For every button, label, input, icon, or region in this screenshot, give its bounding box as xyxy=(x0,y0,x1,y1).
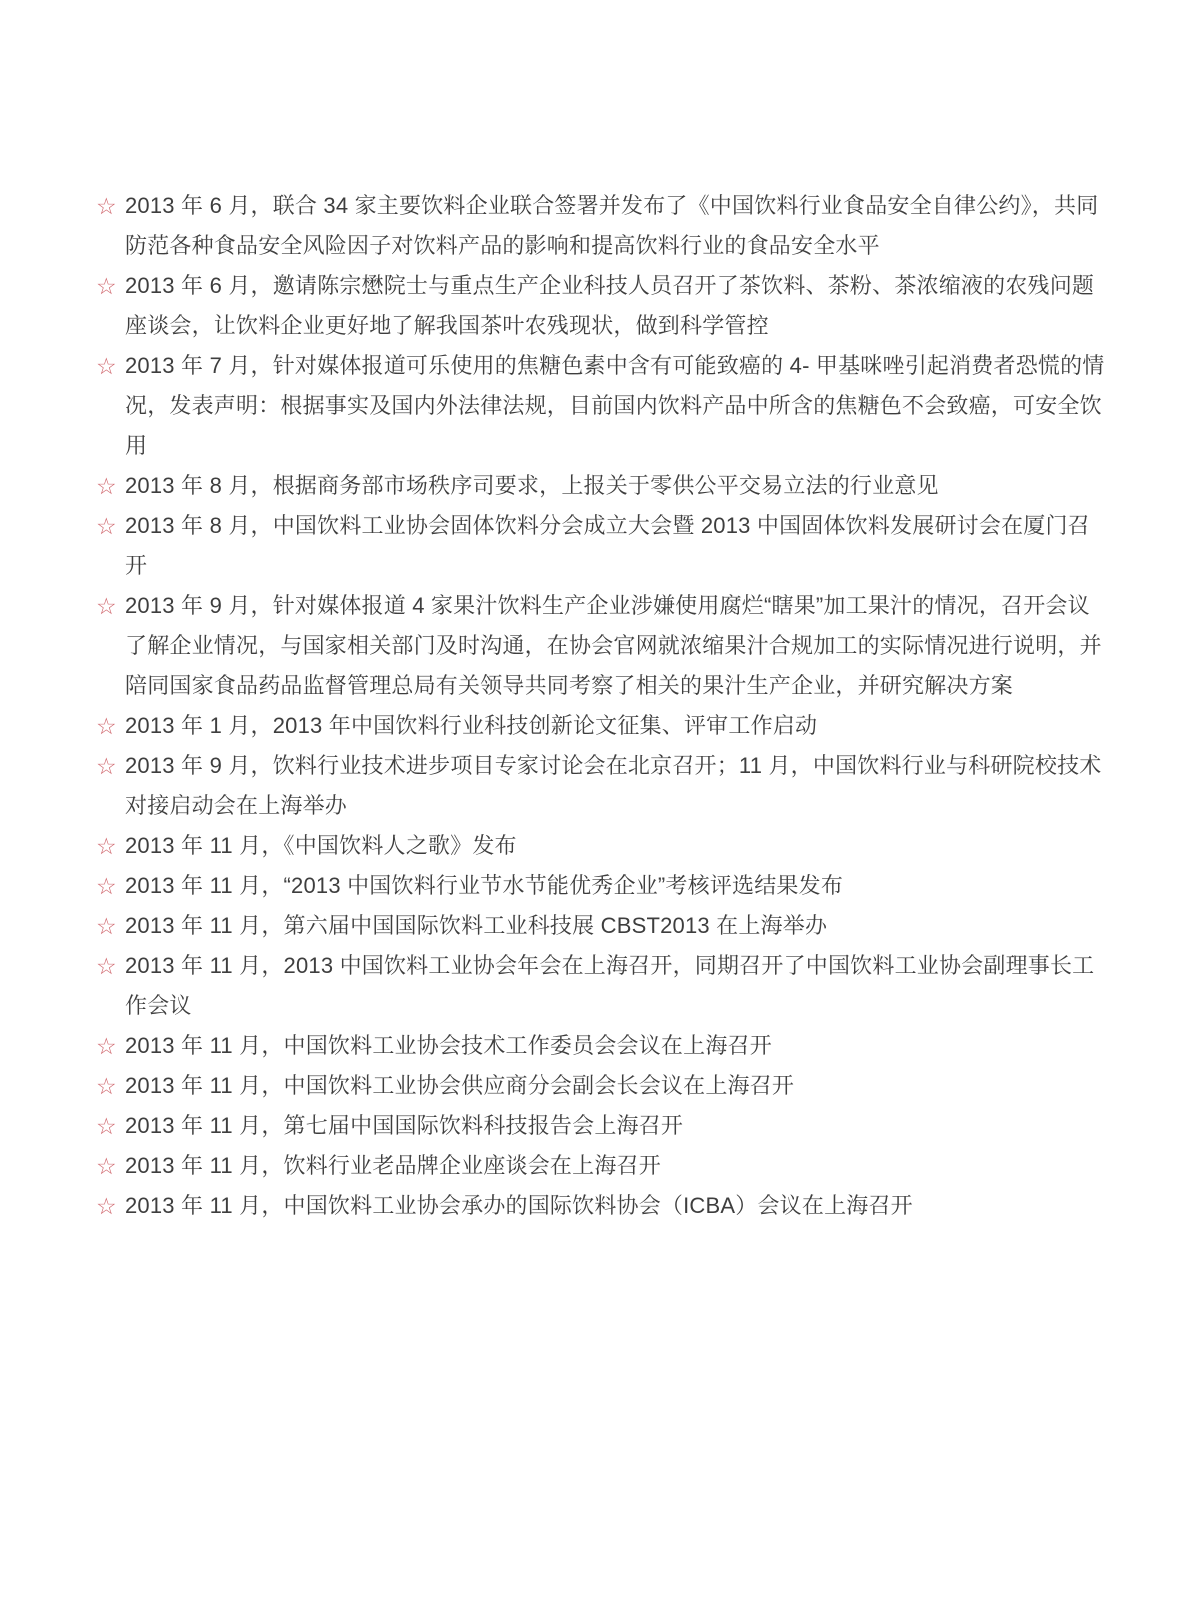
event-text: 2013 年 11 月，中国饮料工业协会承办的国际饮料协会（ICBA）会议在上海… xyxy=(125,1193,913,1218)
event-list-item: ☆ 2013 年 11 月，中国饮料工业协会技术工作委员会会议在上海召开 xyxy=(96,1026,1112,1066)
star-bullet-icon: ☆ xyxy=(96,506,120,546)
star-bullet-icon: ☆ xyxy=(96,1066,120,1106)
event-text: 2013 年 9 月，饮料行业技术进步项目专家讨论会在北京召开；11 月，中国饮… xyxy=(125,753,1101,818)
event-text: 2013 年 11 月，第七届中国国际饮料科技报告会上海召开 xyxy=(125,1113,683,1138)
star-bullet-icon: ☆ xyxy=(96,346,120,386)
event-list-item: ☆ 2013 年 11 月，第六届中国国际饮料工业科技展 CBST2013 在上… xyxy=(96,906,1112,946)
document-page: ☆ 2013 年 6 月，联合 34 家主要饮料企业联合签署并发布了《中国饮料行… xyxy=(0,0,1178,1600)
event-text: 2013 年 11 月，第六届中国国际饮料工业科技展 CBST2013 在上海举… xyxy=(125,913,827,938)
star-bullet-icon: ☆ xyxy=(96,466,120,506)
event-list-item: ☆ 2013 年 9 月，饮料行业技术进步项目专家讨论会在北京召开；11 月，中… xyxy=(96,746,1112,826)
event-list-item: ☆ 2013 年 1 月，2013 年中国饮料行业科技创新论文征集、评审工作启动 xyxy=(96,706,1112,746)
event-list-item: ☆ 2013 年 8 月，根据商务部市场秩序司要求，上报关于零供公平交易立法的行… xyxy=(96,466,1112,506)
event-list-item: ☆ 2013 年 11 月，第七届中国国际饮料科技报告会上海召开 xyxy=(96,1106,1112,1146)
star-bullet-icon: ☆ xyxy=(96,186,120,226)
star-bullet-icon: ☆ xyxy=(96,1106,120,1146)
event-list-item: ☆ 2013 年 6 月，邀请陈宗懋院士与重点生产企业科技人员召开了茶饮料、茶粉… xyxy=(96,266,1112,346)
event-list-item: ☆ 2013 年 11 月，《中国饮料人之歌》发布 xyxy=(96,826,1112,866)
event-text: 2013 年 11 月，“2013 中国饮料行业节水节能优秀企业”考核评选结果发… xyxy=(125,873,843,898)
star-bullet-icon: ☆ xyxy=(96,906,120,946)
event-list-item: ☆ 2013 年 11 月，饮料行业老品牌企业座谈会在上海召开 xyxy=(96,1146,1112,1186)
star-bullet-icon: ☆ xyxy=(96,1146,120,1186)
event-text: 2013 年 7 月，针对媒体报道可乐使用的焦糖色素中含有可能致癌的 4- 甲基… xyxy=(125,353,1105,458)
star-bullet-icon: ☆ xyxy=(96,266,120,306)
event-text: 2013 年 11 月，饮料行业老品牌企业座谈会在上海召开 xyxy=(125,1153,661,1178)
star-bullet-icon: ☆ xyxy=(96,866,120,906)
event-list-item: ☆ 2013 年 9 月，针对媒体报道 4 家果汁饮料生产企业涉嫌使用腐烂“瞎果… xyxy=(96,586,1112,706)
event-list-item: ☆ 2013 年 11 月，中国饮料工业协会供应商分会副会长会议在上海召开 xyxy=(96,1066,1112,1106)
star-bullet-icon: ☆ xyxy=(96,746,120,786)
star-bullet-icon: ☆ xyxy=(96,1186,120,1226)
star-bullet-icon: ☆ xyxy=(96,586,120,626)
event-list-item: ☆ 2013 年 11 月，中国饮料工业协会承办的国际饮料协会（ICBA）会议在… xyxy=(96,1186,1112,1226)
event-list-item: ☆ 2013 年 6 月，联合 34 家主要饮料企业联合签署并发布了《中国饮料行… xyxy=(96,186,1112,266)
event-text: 2013 年 1 月，2013 年中国饮料行业科技创新论文征集、评审工作启动 xyxy=(125,713,817,738)
event-text: 2013 年 6 月，联合 34 家主要饮料企业联合签署并发布了《中国饮料行业食… xyxy=(125,193,1098,258)
event-text: 2013 年 11 月，中国饮料工业协会供应商分会副会长会议在上海召开 xyxy=(125,1073,794,1098)
event-text: 2013 年 6 月，邀请陈宗懋院士与重点生产企业科技人员召开了茶饮料、茶粉、茶… xyxy=(125,273,1094,338)
event-list: ☆ 2013 年 6 月，联合 34 家主要饮料企业联合签署并发布了《中国饮料行… xyxy=(96,186,1112,1226)
event-list-item: ☆ 2013 年 11 月，“2013 中国饮料行业节水节能优秀企业”考核评选结… xyxy=(96,866,1112,906)
event-text: 2013 年 11 月，2013 中国饮料工业协会年会在上海召开，同期召开了中国… xyxy=(125,953,1094,1018)
star-bullet-icon: ☆ xyxy=(96,706,120,746)
event-text: 2013 年 9 月，针对媒体报道 4 家果汁饮料生产企业涉嫌使用腐烂“瞎果”加… xyxy=(125,593,1102,698)
star-bullet-icon: ☆ xyxy=(96,1026,120,1066)
event-text: 2013 年 8 月，中国饮料工业协会固体饮料分会成立大会暨 2013 中国固体… xyxy=(125,513,1090,578)
event-text: 2013 年 11 月，中国饮料工业协会技术工作委员会会议在上海召开 xyxy=(125,1033,772,1058)
event-list-item: ☆ 2013 年 11 月，2013 中国饮料工业协会年会在上海召开，同期召开了… xyxy=(96,946,1112,1026)
event-list-item: ☆ 2013 年 7 月，针对媒体报道可乐使用的焦糖色素中含有可能致癌的 4- … xyxy=(96,346,1112,466)
star-bullet-icon: ☆ xyxy=(96,826,120,866)
event-text: 2013 年 11 月，《中国饮料人之歌》发布 xyxy=(125,833,517,858)
event-list-item: ☆ 2013 年 8 月，中国饮料工业协会固体饮料分会成立大会暨 2013 中国… xyxy=(96,506,1112,586)
star-bullet-icon: ☆ xyxy=(96,946,120,986)
event-text: 2013 年 8 月，根据商务部市场秩序司要求，上报关于零供公平交易立法的行业意… xyxy=(125,473,939,498)
